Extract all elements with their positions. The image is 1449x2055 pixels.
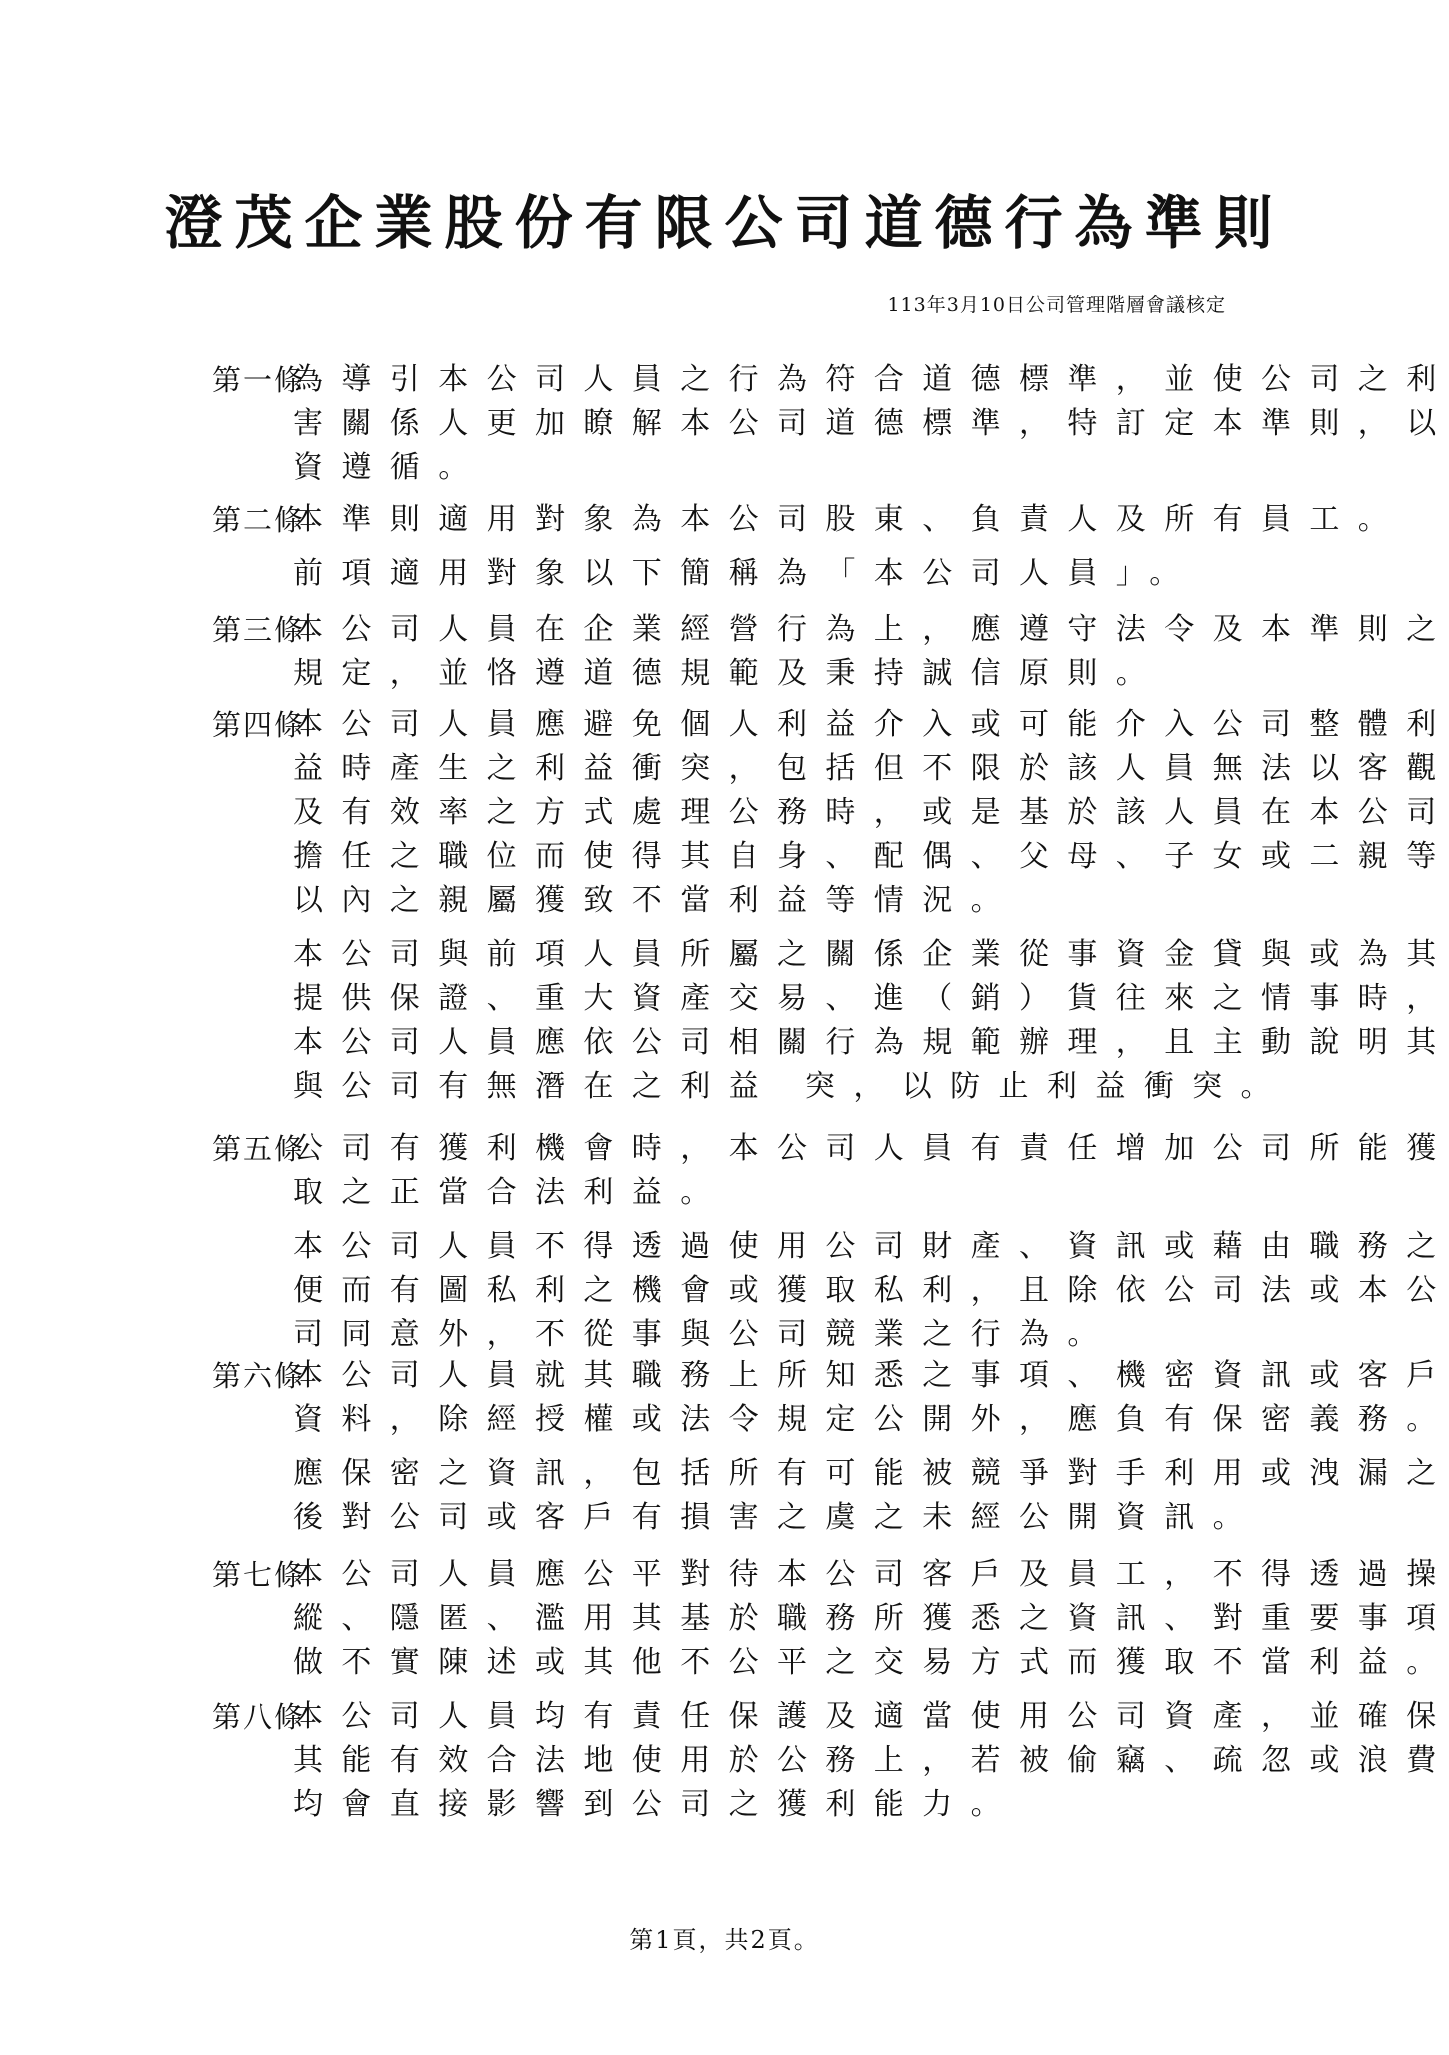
text-line: 資遵循。 bbox=[293, 446, 1213, 490]
text-line: 規定，並恪遵道德規範及秉持誠信原則。 bbox=[293, 652, 1213, 696]
text-line: 後對公司或客戶有損害之虞之未經公開資訊。 bbox=[293, 1496, 1213, 1540]
article-body: 本公司人員均有責任保護及適當使用公司資產，並確保其能有效合法地使用於公務上，若被… bbox=[293, 1695, 1213, 1837]
text-line: 與公司有無潛在之利益 突，以防止利益衝突。 bbox=[293, 1065, 1213, 1109]
text-line: 本公司人員應依公司相關行為規範辦理，且主動說明其 bbox=[293, 1021, 1213, 1065]
text-line: 以內之親屬獲致不當利益等情況。 bbox=[293, 879, 1213, 923]
article-label: 第七條 bbox=[212, 1553, 305, 1597]
article-label: 第二條 bbox=[212, 498, 305, 542]
article-paragraph: 應保密之資訊，包括所有可能被競爭對手利用或洩漏之後對公司或客戶有損害之虞之未經公… bbox=[293, 1452, 1213, 1540]
text-line: 為導引本公司人員之行為符合道德標準，並使公司之利 bbox=[293, 358, 1213, 402]
text-line: 做不實陳述或其他不公平之交易方式而獲取不當利益。 bbox=[293, 1641, 1213, 1685]
page-number: 第1頁，共2頁。 bbox=[0, 1923, 1449, 1957]
article-paragraph: 為導引本公司人員之行為符合道德標準，並使公司之利害關係人更加瞭解本公司道德標準，… bbox=[293, 358, 1213, 490]
article-label: 第三條 bbox=[212, 608, 305, 652]
article-paragraph: 本公司人員應避免個人利益介入或可能介入公司整體利益時產生之利益衝突，包括但不限於… bbox=[293, 703, 1213, 923]
article-paragraph: 本公司人員在企業經營行為上，應遵守法令及本準則之規定，並恪遵道德規範及秉持誠信原… bbox=[293, 608, 1213, 696]
article-body: 本公司人員在企業經營行為上，應遵守法令及本準則之規定，並恪遵道德規範及秉持誠信原… bbox=[293, 608, 1213, 706]
article-paragraph: 本公司人員均有責任保護及適當使用公司資產，並確保其能有效合法地使用於公務上，若被… bbox=[293, 1695, 1213, 1827]
text-line: 便而有圖私利之機會或獲取私利，且除依公司法或本公 bbox=[293, 1269, 1213, 1313]
text-line: 均會直接影響到公司之獲利能力。 bbox=[293, 1783, 1213, 1827]
article-paragraph: 本準則適用對象為本公司股東、負責人及所有員工。 bbox=[293, 498, 1213, 542]
text-line: 其能有效合法地使用於公務上，若被偷竊、疏忽或浪費 bbox=[293, 1739, 1213, 1783]
text-line: 害關係人更加瞭解本公司道德標準，特訂定本準則，以 bbox=[293, 402, 1213, 446]
article-paragraph: 公司有獲利機會時，本公司人員有責任增加公司所能獲取之正當合法利益。 bbox=[293, 1127, 1213, 1215]
approval-note: 113年3月10日公司管理階層會議核定 bbox=[887, 292, 1226, 318]
text-line: 本公司人員應公平對待本公司客戶及員工，不得透過操 bbox=[293, 1553, 1213, 1597]
article-label: 第八條 bbox=[212, 1695, 305, 1739]
article-body: 公司有獲利機會時，本公司人員有責任增加公司所能獲取之正當合法利益。本公司人員不得… bbox=[293, 1127, 1213, 1367]
article-label: 第四條 bbox=[212, 703, 305, 747]
text-line: 擔任之職位而使得其自身、配偶、父母、子女或二親等 bbox=[293, 835, 1213, 879]
article-paragraph: 本公司人員不得透過使用公司財產、資訊或藉由職務之便而有圖私利之機會或獲取私利，且… bbox=[293, 1225, 1213, 1357]
text-line: 本公司人員在企業經營行為上，應遵守法令及本準則之 bbox=[293, 608, 1213, 652]
article-body: 為導引本公司人員之行為符合道德標準，並使公司之利害關係人更加瞭解本公司道德標準，… bbox=[293, 358, 1213, 500]
article-label: 第五條 bbox=[212, 1127, 305, 1171]
text-line: 資料，除經授權或法令規定公開外，應負有保密義務。 bbox=[293, 1398, 1213, 1442]
text-line: 及有效率之方式處理公務時，或是基於該人員在本公司 bbox=[293, 791, 1213, 835]
text-line: 公司有獲利機會時，本公司人員有責任增加公司所能獲 bbox=[293, 1127, 1213, 1171]
article-paragraph: 本公司人員應公平對待本公司客戶及員工，不得透過操縱、隱匿、濫用其基於職務所獲悉之… bbox=[293, 1553, 1213, 1685]
text-line: 本公司人員不得透過使用公司財產、資訊或藉由職務之 bbox=[293, 1225, 1213, 1269]
text-line: 益時產生之利益衝突，包括但不限於該人員無法以客觀 bbox=[293, 747, 1213, 791]
text-line: 本公司人員應避免個人利益介入或可能介入公司整體利 bbox=[293, 703, 1213, 747]
article-paragraph: 本公司人員就其職務上所知悉之事項、機密資訊或客戶資料，除經授權或法令規定公開外，… bbox=[293, 1354, 1213, 1442]
article-label: 第一條 bbox=[212, 358, 305, 402]
text-line: 應保密之資訊，包括所有可能被競爭對手利用或洩漏之 bbox=[293, 1452, 1213, 1496]
article-paragraph: 本公司與前項人員所屬之關係企業從事資金貸與或為其提供保證、重大資產交易、進（銷）… bbox=[293, 933, 1213, 1109]
text-line: 取之正當合法利益。 bbox=[293, 1171, 1213, 1215]
article-body: 本公司人員應公平對待本公司客戶及員工，不得透過操縱、隱匿、濫用其基於職務所獲悉之… bbox=[293, 1553, 1213, 1695]
article-body: 本公司人員應避免個人利益介入或可能介入公司整體利益時產生之利益衝突，包括但不限於… bbox=[293, 703, 1213, 1119]
text-line: 前項適用對象以下簡稱為「本公司人員」。 bbox=[293, 552, 1213, 596]
article-label: 第六條 bbox=[212, 1354, 305, 1398]
article-body: 本公司人員就其職務上所知悉之事項、機密資訊或客戶資料，除經授權或法令規定公開外，… bbox=[293, 1354, 1213, 1550]
text-line: 本準則適用對象為本公司股東、負責人及所有員工。 bbox=[293, 498, 1213, 542]
text-line: 提供保證、重大資產交易、進（銷）貨往來之情事時， bbox=[293, 977, 1213, 1021]
text-line: 本公司與前項人員所屬之關係企業從事資金貸與或為其 bbox=[293, 933, 1213, 977]
text-line: 縱、隱匿、濫用其基於職務所獲悉之資訊、對重要事項 bbox=[293, 1597, 1213, 1641]
text-line: 司同意外，不從事與公司競業之行為。 bbox=[293, 1313, 1213, 1357]
article-paragraph: 前項適用對象以下簡稱為「本公司人員」。 bbox=[293, 552, 1213, 596]
article-body: 本準則適用對象為本公司股東、負責人及所有員工。前項適用對象以下簡稱為「本公司人員… bbox=[293, 498, 1213, 606]
text-line: 本公司人員均有責任保護及適當使用公司資產，並確保 bbox=[293, 1695, 1213, 1739]
document-title: 澄茂企業股份有限公司道德行為準則 bbox=[0, 188, 1449, 258]
text-line: 本公司人員就其職務上所知悉之事項、機密資訊或客戶 bbox=[293, 1354, 1213, 1398]
